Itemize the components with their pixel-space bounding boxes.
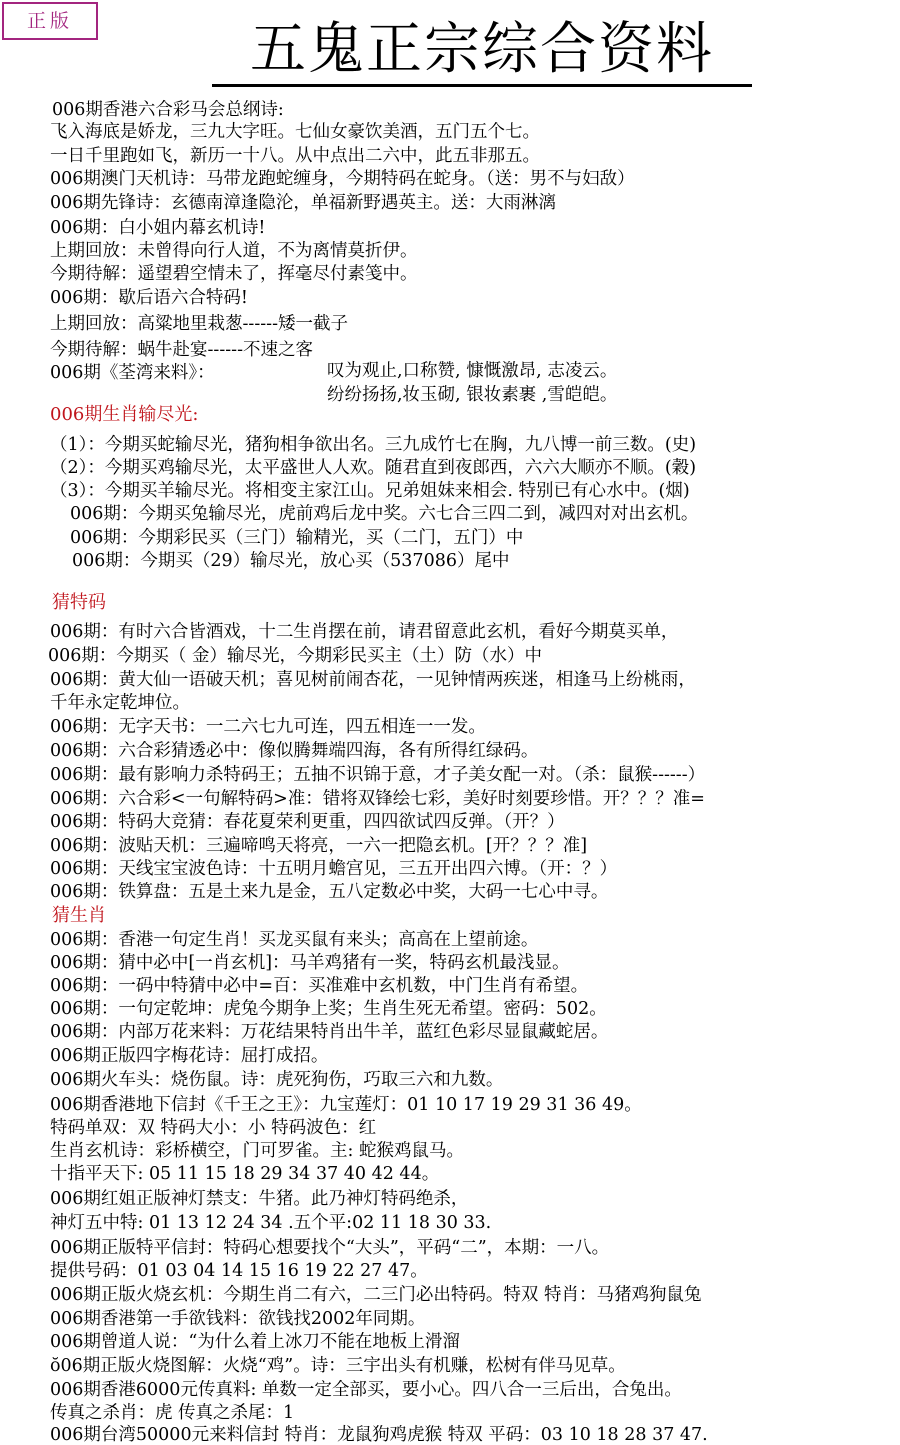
- guess-zodiac-line: 006期曾道人说：“为什么着上冰刀不能在地板上滑溜: [50, 1331, 460, 1353]
- section-heading-guess-zodiac: 猜生肖: [52, 905, 106, 927]
- guess-code-line: 006期：六合彩猜透必中：像似腾舞端四海，各有所得红绿码。: [50, 740, 538, 762]
- guess-code-line: 006期：无字天书：一二六七九可连，四五相连一一发。: [50, 716, 486, 738]
- intro-line: 006期澳门天机诗：马带龙跑蛇缠身，今期特码在蛇身。（送：男不与妇敌）: [50, 168, 635, 190]
- guess-zodiac-line: 006期香港第一手欲钱料：欲钱找2002年同期。: [50, 1308, 425, 1330]
- guess-code-line: 006期：今期买（ 金）输尽光，今期彩民买主（土）防（水）中: [48, 645, 542, 667]
- intro-line: 006期先锋诗：玄德南漳逢隐沦，单福新野遇英主。送：大雨淋漓: [50, 192, 556, 214]
- guess-zodiac-line: 006期：一码中特猜中必中=百：买准难中玄机数，中门生肖有希望。: [50, 975, 588, 997]
- guess-zodiac-line: 006期：一句定乾坤：虎兔今期争上奖；生肖生死无希望。密码：502。: [50, 998, 607, 1020]
- guess-code-line: 006期：天线宝宝波色诗：十五明月蟾宫见，三五开出四六博。（开：？）: [50, 858, 617, 880]
- guess-code-line: 006期：波贴天机：三遍啼鸣天将亮，一六一把隐玄机。[开？？？准]: [50, 835, 587, 857]
- intro-line: 一日千里跑如飞，新历一十八。从中点出二六中，此五非那五。: [50, 145, 540, 167]
- guess-code-line: 006期：特码大竞猜：春花夏荣利更重，四四欲试四反弹。（开？）: [50, 811, 565, 833]
- guess-zodiac-line: 006期正版四字梅花诗：屈打成招。: [50, 1045, 328, 1067]
- guess-zodiac-line: 提供号码：01 03 04 14 15 16 19 22 27 47。: [50, 1260, 428, 1282]
- zodiac-lose-line: （3）：今期买羊输尽光。将相变主家江山。兄弟姐妹来相会. 特别已有心水中。(烟): [50, 480, 690, 502]
- guess-code-line: 006期：最有影响力杀特码王；五抽不识锦于意，才子美女配一对。（杀：鼠猴----…: [50, 764, 705, 786]
- guess-zodiac-line: 006期正版火烧玄机：今期生肖二有六，二三门必出特码。特双 特肖：马猪鸡狗鼠兔: [50, 1284, 701, 1306]
- guess-zodiac-line: 传真之杀肖：虎 传真之杀尾：1: [50, 1402, 294, 1424]
- zodiac-lose-line: 006期：今期彩民买（三门）输精光，买（二门，五门）中: [70, 527, 523, 549]
- guess-zodiac-line: 006期火车头：烧伤鼠。诗：虎死狗伤，巧取三六和九数。: [50, 1069, 503, 1091]
- guess-zodiac-line: 006期香港地下信封《千王之王》：九宝莲灯：01 10 17 19 29 31 …: [50, 1094, 642, 1116]
- zodiac-lose-line: 006期：今期买兔输尽光，虎前鸡后龙中奖。六七合三四二到，减四对对出玄机。: [70, 503, 698, 525]
- intro-line: 今期待解：蜗牛赴宴------不速之客: [50, 339, 313, 361]
- title-underline: [212, 84, 752, 87]
- authentic-badge: 正版: [2, 2, 98, 40]
- section-heading-guess-code: 猜特码: [52, 592, 106, 614]
- guess-zodiac-line: 生肖玄机诗：彩桥横空，门可罗雀。主: 蛇猴鸡鼠马。: [50, 1140, 464, 1162]
- guess-zodiac-line: 006期香港6000元传真料: 单数一定全部买，要小心。四八合一三后出，合兔出。: [50, 1379, 682, 1401]
- guess-zodiac-line: 006期：猜中必中[一肖玄机]：马羊鸡猪有一奖，特码玄机最浅显。: [50, 952, 570, 974]
- guess-code-line: 006期：有时六合皆酒戏，十二生肖摆在前，请君留意此玄机，看好今期莫买单，: [50, 621, 678, 643]
- guess-zodiac-line: 006期正版特平信封：特码心想要找个“大头”，平码“二”，本期：一八。: [50, 1237, 609, 1259]
- intro-line: 006期香港六合彩马会总纲诗:: [52, 99, 284, 121]
- guess-code-line: 006期：铁算盘：五是土来九是金，五八定数必中奖，大码一七心中寻。: [50, 881, 608, 903]
- intro-line: 006期：白小姐内幕玄机诗!: [50, 217, 265, 239]
- intro-line: 上期回放：高粱地里栽葱------矮一截子: [50, 313, 348, 335]
- guess-zodiac-line: 特码单双：双 特码大小：小 特码波色：红: [50, 1117, 376, 1139]
- guess-code-line: 006期：黄大仙一语破天机；喜见树前闹杏花，一见钟情两疾迷，相逢马上纷桃雨，: [50, 669, 696, 691]
- zodiac-lose-line: （1）：今期买蛇输尽光，猪狗相争欲出名。三九成竹七在胸，九八博一前三数。(史): [50, 434, 696, 456]
- quanwan-label: 006期《荃湾来料》：: [50, 362, 215, 384]
- section-heading-zodiac-lose: 006期生肖输尽光:: [50, 404, 198, 426]
- guess-zodiac-line: 006期台湾50000元来料信封 特肖：龙鼠狗鸡虎猴 特双 平码：03 10 1…: [50, 1424, 708, 1445]
- intro-line: 上期回放：未曾得向行人道，不为离情莫折伊。: [50, 240, 418, 262]
- intro-line: 今期待解：遥望碧空情未了，挥毫尽付素笺中。: [50, 263, 418, 285]
- guess-zodiac-line: ŏ06期正版火烧图解：火烧“鸡”。诗：三宇出头有机赚，松树有伴马见草。: [50, 1355, 626, 1377]
- zodiac-lose-line: （2）：今期买鸡输尽光，太平盛世人人欢。随君直到夜郎西，六六大顺亦不顺。(穀): [50, 457, 696, 479]
- quanwan-line: 叹为观止,口称赞, 慷慨激昂, 志凌云。: [327, 360, 617, 382]
- zodiac-lose-line: 006期：今期买（29）输尽光，放心买（537086）尾中: [72, 550, 509, 572]
- guess-code-line: 006期：六合彩<一句解特码>准：错将双锋绘七彩，美好时刻要珍惜。开？？？准=: [50, 788, 705, 810]
- guess-zodiac-line: 十指平天下: 05 11 15 18 29 34 37 40 42 44。: [50, 1163, 439, 1185]
- guess-zodiac-line: 006期红姐正版神灯禁支：牛猪。此乃神灯特码绝杀，: [50, 1188, 468, 1210]
- guess-zodiac-line: 006期：内部万花来料：万花结果特肖出牛羊，蓝红色彩尽显鼠藏蛇居。: [50, 1021, 608, 1043]
- guess-code-line: 千年永定乾坤位。: [50, 692, 190, 714]
- intro-line: 006期：歇后语六合特码!: [50, 287, 248, 309]
- intro-line: 飞入海底是娇龙，三九大字旺。七仙女豪饮美酒，五门五个七。: [50, 121, 540, 143]
- page-title: 五鬼正宗综合资料: [212, 18, 752, 88]
- guess-zodiac-line: 006期：香港一句定生肖！买龙买鼠有来头；高高在上望前途。: [50, 929, 538, 951]
- guess-zodiac-line: 神灯五中特: 01 13 12 24 34 .五个平:02 11 18 30 3…: [50, 1212, 491, 1234]
- quanwan-line: 纷纷扬扬,妆玉砌, 银妆素裹 ,雪皑皑。: [327, 384, 617, 406]
